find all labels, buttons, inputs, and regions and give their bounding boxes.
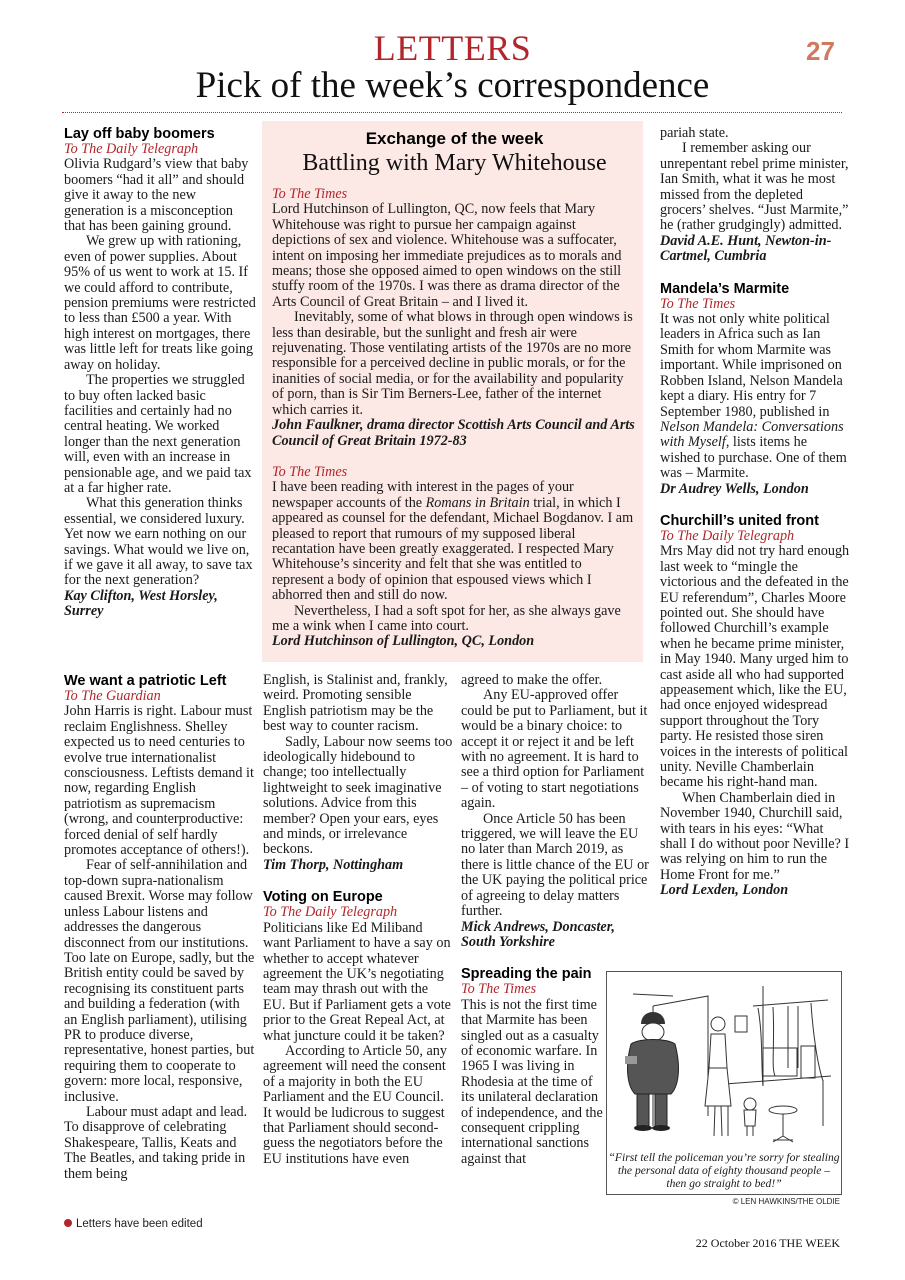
letter-paragraph: It was not only white political leaders … — [660, 312, 850, 481]
letter-signature: Dr Audrey Wells, London — [660, 482, 850, 497]
edited-note: Letters have been edited — [64, 1218, 203, 1230]
letter-heading: Churchill’s united front — [660, 513, 850, 529]
policeman-figure — [625, 1012, 678, 1131]
letter-paragraph: Politicians like Ed Miliband want Parlia… — [263, 921, 453, 1044]
letter-paragraph: pariah state. — [660, 126, 850, 141]
letter-source: To The Guardian — [64, 689, 256, 704]
letter-source: To The Times — [272, 465, 637, 480]
exchange-kicker: Exchange of the week — [272, 129, 637, 149]
letter-paragraph: What this generation thinks essential, w… — [64, 496, 256, 588]
letter-baby-boomers: Lay off baby boomers To The Daily Telegr… — [64, 126, 256, 620]
page-title: Pick of the week’s correspondence — [0, 66, 905, 106]
letter-heading: We want a patriotic Left — [64, 673, 256, 689]
letter-signature: Kay Clifton, West Horsley, Surrey — [64, 589, 256, 620]
letter-paragraph: Sadly, Labour now seems too ideologicall… — [263, 735, 453, 858]
letter-paragraph: Labour must adapt and lead. To disapprov… — [64, 1105, 256, 1182]
letter-paragraph: This is not the first time that Marmite … — [461, 998, 607, 1167]
letter-paragraph: The properties we struggled to buy often… — [64, 373, 256, 496]
letter-heading: Lay off baby boomers — [64, 126, 256, 142]
letter-paragraph: Olivia Rudgard’s view that baby boomers … — [64, 157, 256, 234]
bullet-dot-icon — [64, 1219, 72, 1227]
cartoon-caption: “First tell the policeman you’re sorry f… — [607, 1151, 841, 1190]
letter-signature: Tim Thorp, Nottingham — [263, 858, 453, 873]
letter-source: To The Times — [272, 187, 637, 202]
letter-source: To The Daily Telegraph — [660, 529, 850, 544]
letter-signature: Lord Lexden, London — [660, 883, 850, 898]
letter-paragraph: When Chamberlain died in November 1940, … — [660, 791, 850, 883]
letter-paragraph: Mrs May did not try hard enough last wee… — [660, 544, 850, 791]
play-title: Romans in Britain — [426, 495, 530, 511]
letter-signature: John Faulkner, drama director Scottish A… — [272, 418, 637, 449]
letter-paragraph: John Harris is right. Labour must reclai… — [64, 704, 256, 858]
letter-source: To The Daily Telegraph — [263, 905, 453, 920]
woman-figure — [705, 1017, 731, 1136]
letter-paragraph: I have been reading with interest in the… — [272, 480, 637, 603]
letter-paragraph: Fear of self-annihilation and top-down s… — [64, 858, 256, 1105]
letter-paragraph: We grew up with rationing, even of power… — [64, 234, 256, 373]
letter-paragraph: English, is Stalinist and, frankly, weir… — [263, 673, 453, 735]
letter-signature: Lord Hutchinson of Lullington, QC, Londo… — [272, 634, 637, 649]
child-figure — [744, 1098, 756, 1136]
letter-signature: David A.E. Hunt, Newton-in-Cartmel, Cumb… — [660, 234, 850, 265]
letter-paragraph: I remember asking our unrepentant rebel … — [660, 141, 850, 233]
cartoon-credit: © LEN HAWKINS/THE OLDIE — [606, 1197, 840, 1206]
letter-paragraph: Once Article 50 has been triggered, we w… — [461, 812, 651, 920]
letter-paragraph: Inevitably, some of what blows in throug… — [272, 310, 637, 418]
letter-heading: Mandela’s Marmite — [660, 281, 850, 297]
exchange-title: Battling with Mary Whitehouse — [272, 149, 637, 177]
issue-footer: 22 October 2016 THE WEEK — [600, 1236, 840, 1251]
column-2: English, is Stalinist and, frankly, weir… — [263, 673, 453, 1167]
column-4: pariah state. I remember asking our unre… — [660, 126, 850, 899]
cartoon: “First tell the policeman you’re sorry f… — [606, 971, 842, 1195]
letter-paragraph: Nevertheless, I had a soft spot for her,… — [272, 604, 637, 635]
letter-paragraph: According to Article 50, any agreement w… — [263, 1044, 453, 1167]
letter-source: To The Daily Telegraph — [64, 142, 256, 157]
letter-paragraph: Lord Hutchinson of Lullington, QC, now f… — [272, 202, 637, 310]
letter-signature: Mick Andrews, Doncaster, South Yorkshire — [461, 920, 651, 951]
letter-source: To The Times — [461, 982, 607, 997]
letter-heading: Voting on Europe — [263, 889, 453, 905]
cartoon-drawing-icon — [613, 976, 835, 1148]
section-title: LETTERS — [0, 28, 905, 68]
letter-paragraph: agreed to make the offer. — [461, 673, 651, 688]
exchange-of-the-week-box: Exchange of the week Battling with Mary … — [262, 121, 643, 662]
letter-patriotic-left: We want a patriotic Left To The Guardian… — [64, 673, 256, 1182]
letter-paragraph: Any EU-approved offer could be put to Pa… — [461, 688, 651, 811]
header-divider — [62, 112, 842, 113]
page-number: 27 — [806, 36, 835, 67]
letter-source: To The Times — [660, 297, 850, 312]
letter-heading: Spreading the pain — [461, 966, 607, 982]
